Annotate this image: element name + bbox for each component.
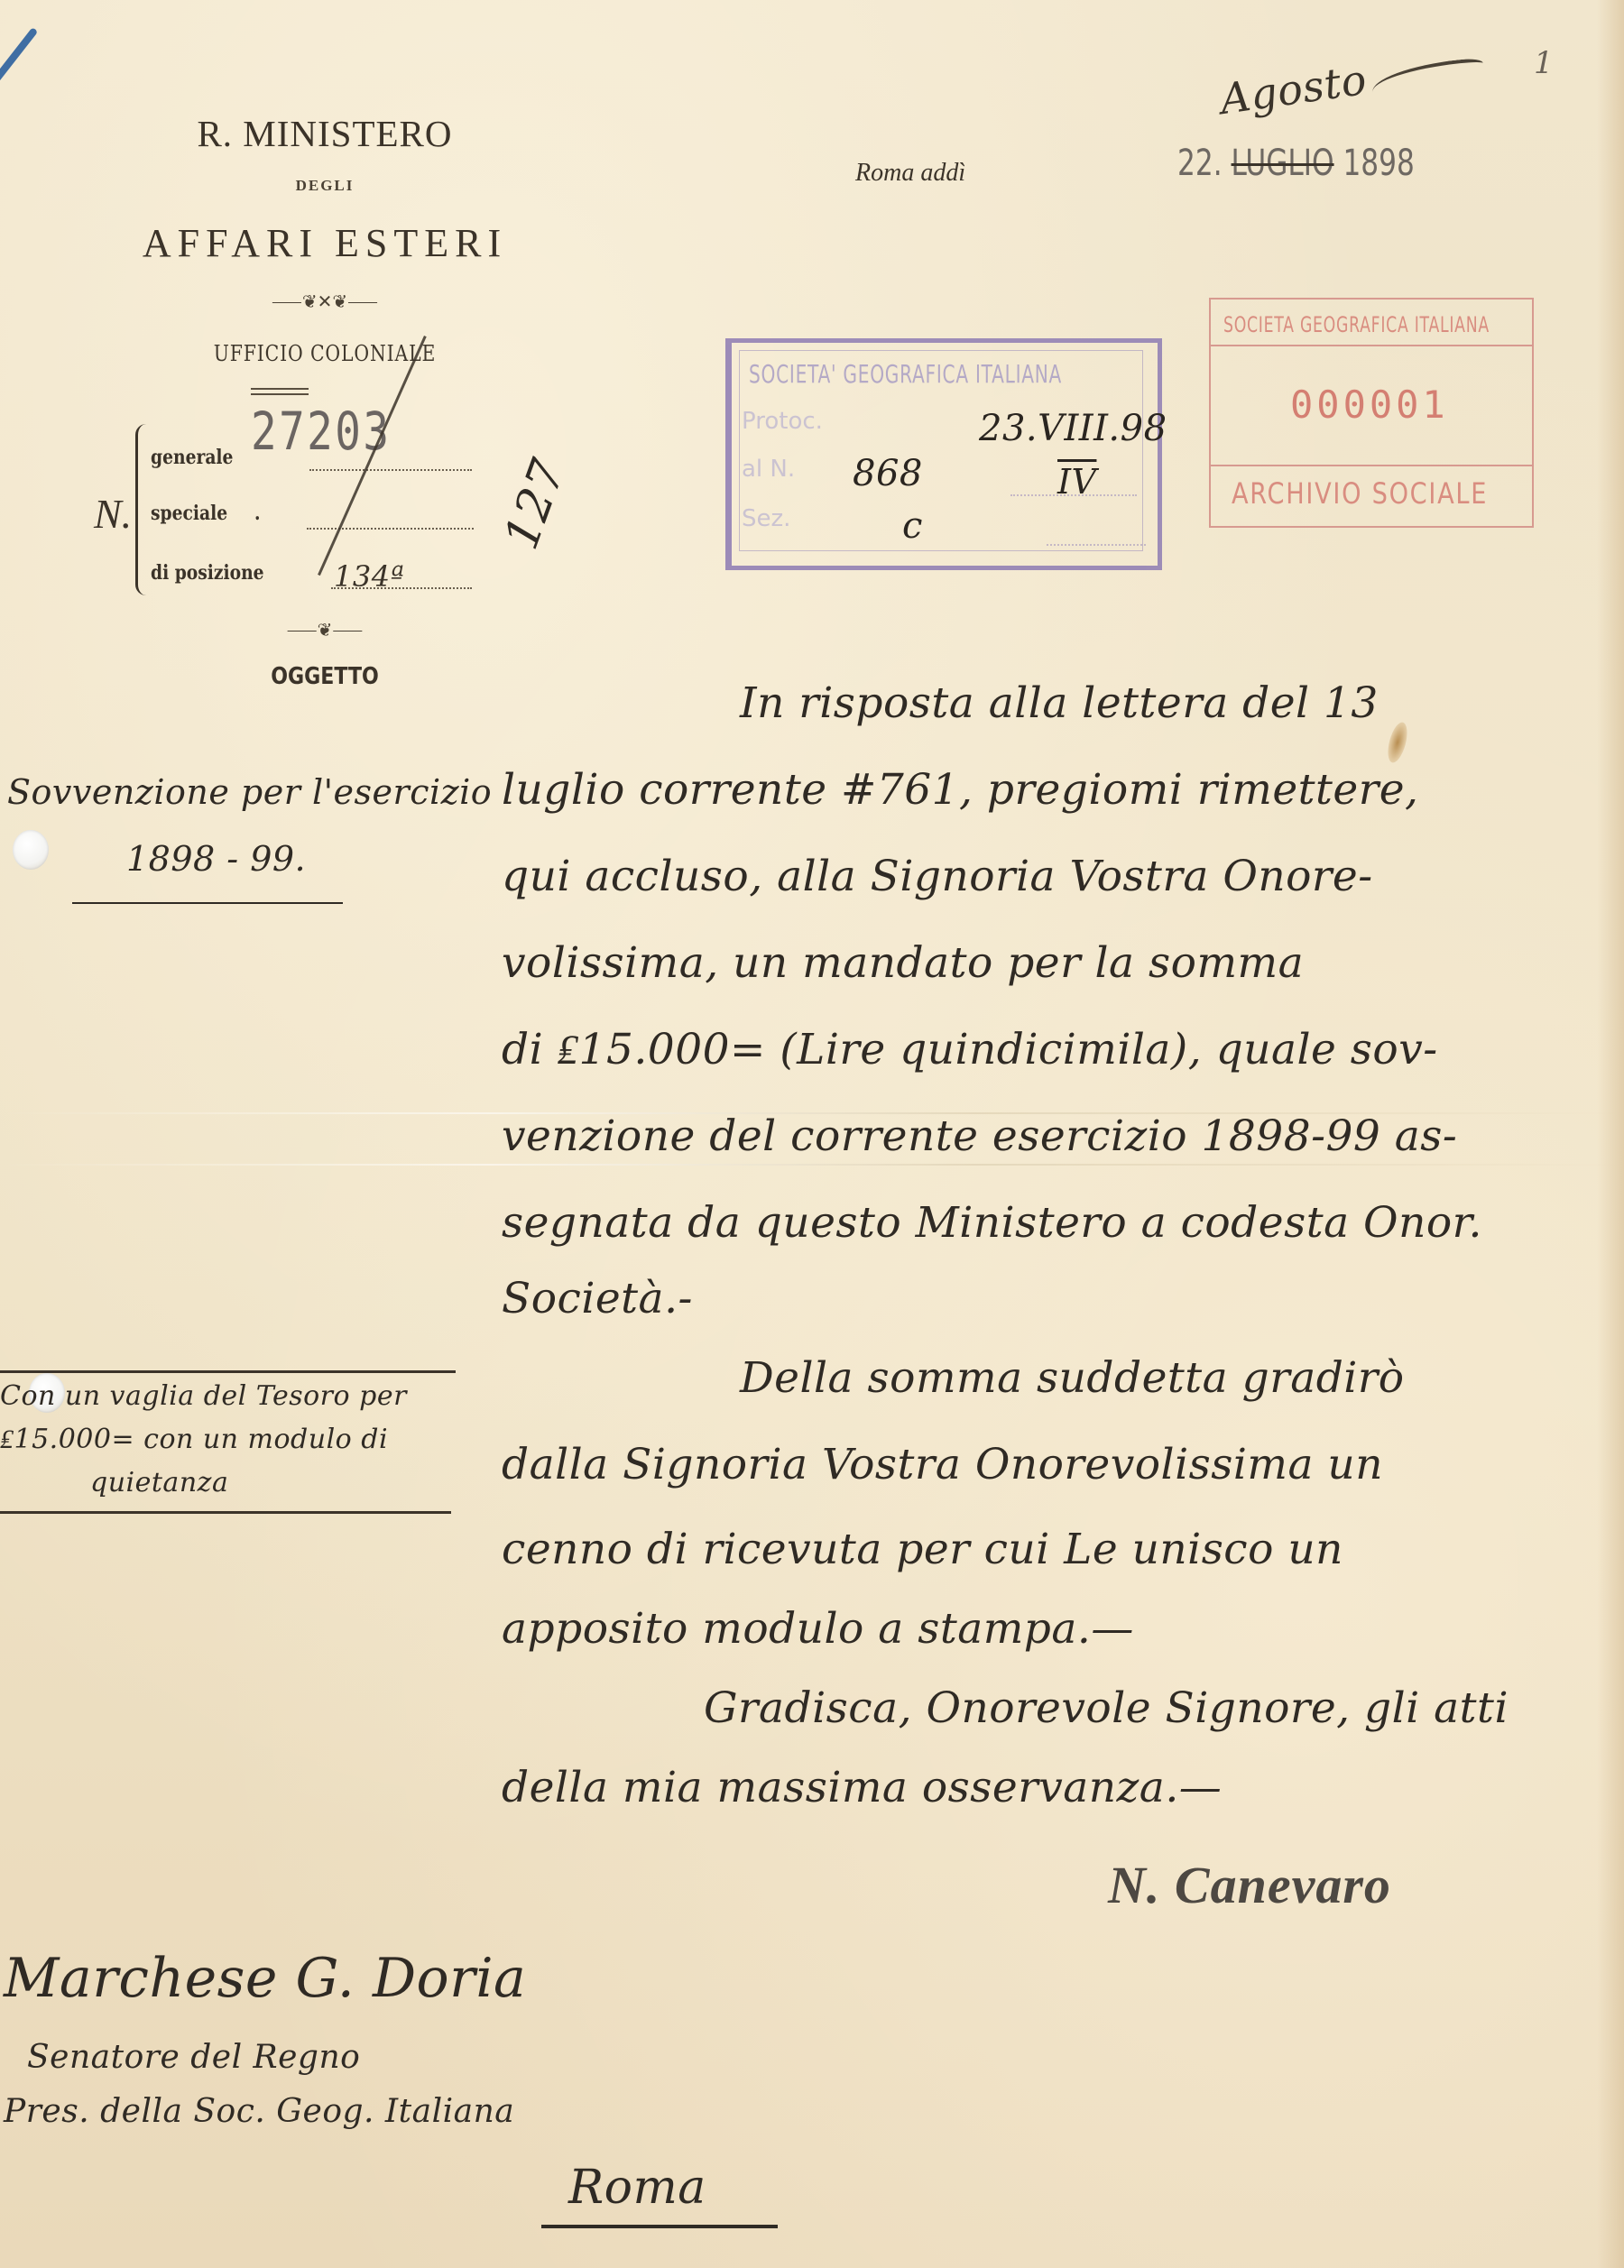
protocol-stamp-date: 23.VIII.98 xyxy=(979,408,1167,449)
archive-stamp-divider xyxy=(1211,345,1532,346)
body-line: venzione del corrente esercizio 1898-99 … xyxy=(502,1111,1457,1161)
month-correction: Agosto xyxy=(1217,55,1370,124)
paper-fold xyxy=(0,1164,1624,1166)
body-line: Società.- xyxy=(502,1274,693,1323)
generale-label: generale xyxy=(151,446,233,469)
margin-note-number: 127 xyxy=(494,452,577,556)
oggetto-underline xyxy=(72,902,343,904)
body-line: cenno di ricevuta per cui Le unisco un xyxy=(502,1525,1343,1574)
allegato-line3: quietanza xyxy=(90,1467,228,1498)
protocol-stamp-title: SOCIETA' GEOGRAFICA ITALIANA xyxy=(749,359,1062,389)
speciale-dot: . xyxy=(254,502,261,525)
generale-value: 27203 xyxy=(251,401,391,462)
body-line: di ₤15.000= (Lire quindicimila), quale s… xyxy=(502,1025,1438,1074)
double-rule xyxy=(251,388,309,395)
protocol-stamp-section: IV xyxy=(1057,462,1096,502)
signature: N. Canevaro xyxy=(1108,1855,1391,1915)
speciale-label: speciale xyxy=(151,502,227,525)
archive-stamp-footer: ARCHIVIO SOCIALE xyxy=(1232,476,1488,511)
punch-hole xyxy=(13,830,49,870)
body-line: In risposta alla lettera del 13 xyxy=(740,678,1379,728)
addressee-city: Roma xyxy=(568,2161,706,2215)
allegato-line1: Con un vaglia del Tesoro per xyxy=(0,1380,407,1412)
protocol-stamp-mark: c xyxy=(902,505,923,547)
posizione-label: di posizione xyxy=(151,561,264,585)
protocol-stamp-field2: al N. xyxy=(742,456,795,483)
allegato-bottom-rule xyxy=(0,1511,451,1514)
correction-flourish xyxy=(1370,58,1486,98)
body-line: Della somma suddetta gradirò xyxy=(740,1353,1405,1403)
body-line: della mia massima osservanza.— xyxy=(502,1763,1222,1812)
posizione-value: 134ª xyxy=(334,559,404,594)
protocol-stamp-field3: Sez. xyxy=(742,505,790,532)
body-line: luglio corrente #761, pregiomi rimettere… xyxy=(502,765,1418,815)
protocol-stamp-field1: Protoc. xyxy=(742,408,823,435)
addressee-title2: Pres. della Soc. Geog. Italiana xyxy=(4,2093,514,2130)
body-line: dalla Signoria Vostra Onorevolissima un xyxy=(502,1440,1383,1489)
date-month-struck: LUGLIO xyxy=(1232,143,1334,184)
archive-stamp-number: 000001 xyxy=(1290,383,1449,427)
body-line: Gradisca, Onorevole Signore, gli atti xyxy=(704,1683,1509,1733)
dateline-date: 22. LUGLIO 1898 xyxy=(1177,143,1415,184)
body-line: segnata da questo Ministero a codesta On… xyxy=(502,1198,1482,1248)
ink-stain xyxy=(1384,720,1410,764)
addressee-city-underline xyxy=(541,2225,778,2228)
archive-stamp-title: SOCIETA GEOGRAFICA ITALIANA xyxy=(1223,312,1490,337)
generale-dotted-line xyxy=(309,469,472,471)
allegato-line2: ₤15.000= con un modulo di xyxy=(0,1424,388,1455)
date-year: 1898 xyxy=(1343,143,1414,184)
blue-pencil-mark xyxy=(0,27,38,103)
paper-edge xyxy=(1597,0,1624,2268)
oggetto-label: OGGETTO xyxy=(156,663,494,690)
body-line: volissima, un mandato per la somma xyxy=(502,938,1304,988)
protocol-stamp-number: 868 xyxy=(853,453,923,494)
oggetto-text-line1: Sovvenzione per l'esercizio xyxy=(7,772,492,812)
speciale-dotted-line xyxy=(307,528,474,530)
archive-stamp-divider xyxy=(1211,465,1532,466)
letterhead-ministero: R. MINISTERO xyxy=(126,112,523,155)
addressee-title1: Senatore del Regno xyxy=(27,2039,360,2076)
protocol-prefix: N. xyxy=(94,490,132,538)
letterhead-degli: DEGLI xyxy=(126,177,523,195)
date-day: 22. xyxy=(1177,143,1223,184)
allegato-top-rule xyxy=(0,1370,456,1373)
body-line: apposito modulo a stampa.— xyxy=(502,1604,1134,1654)
addressee-name: Marchese G. Doria xyxy=(4,1947,526,2010)
dateline-place: Roma addì xyxy=(855,159,965,188)
body-line: qui accluso, alla Signoria Vostra Onore- xyxy=(502,852,1373,901)
page-number: 1 xyxy=(1534,45,1554,81)
letterhead-affari-esteri: AFFARI ESTERI xyxy=(72,220,577,266)
protocol-stamp-dotted-line xyxy=(1047,544,1146,546)
letterhead-office: UFFICIO COLONIALE xyxy=(156,341,494,366)
ornament-icon: ⸺❦✕❦⸺ xyxy=(244,287,406,313)
ornament-icon: ⸺❦⸺ xyxy=(244,615,406,641)
oggetto-text-line2: 1898 - 99. xyxy=(126,839,306,879)
